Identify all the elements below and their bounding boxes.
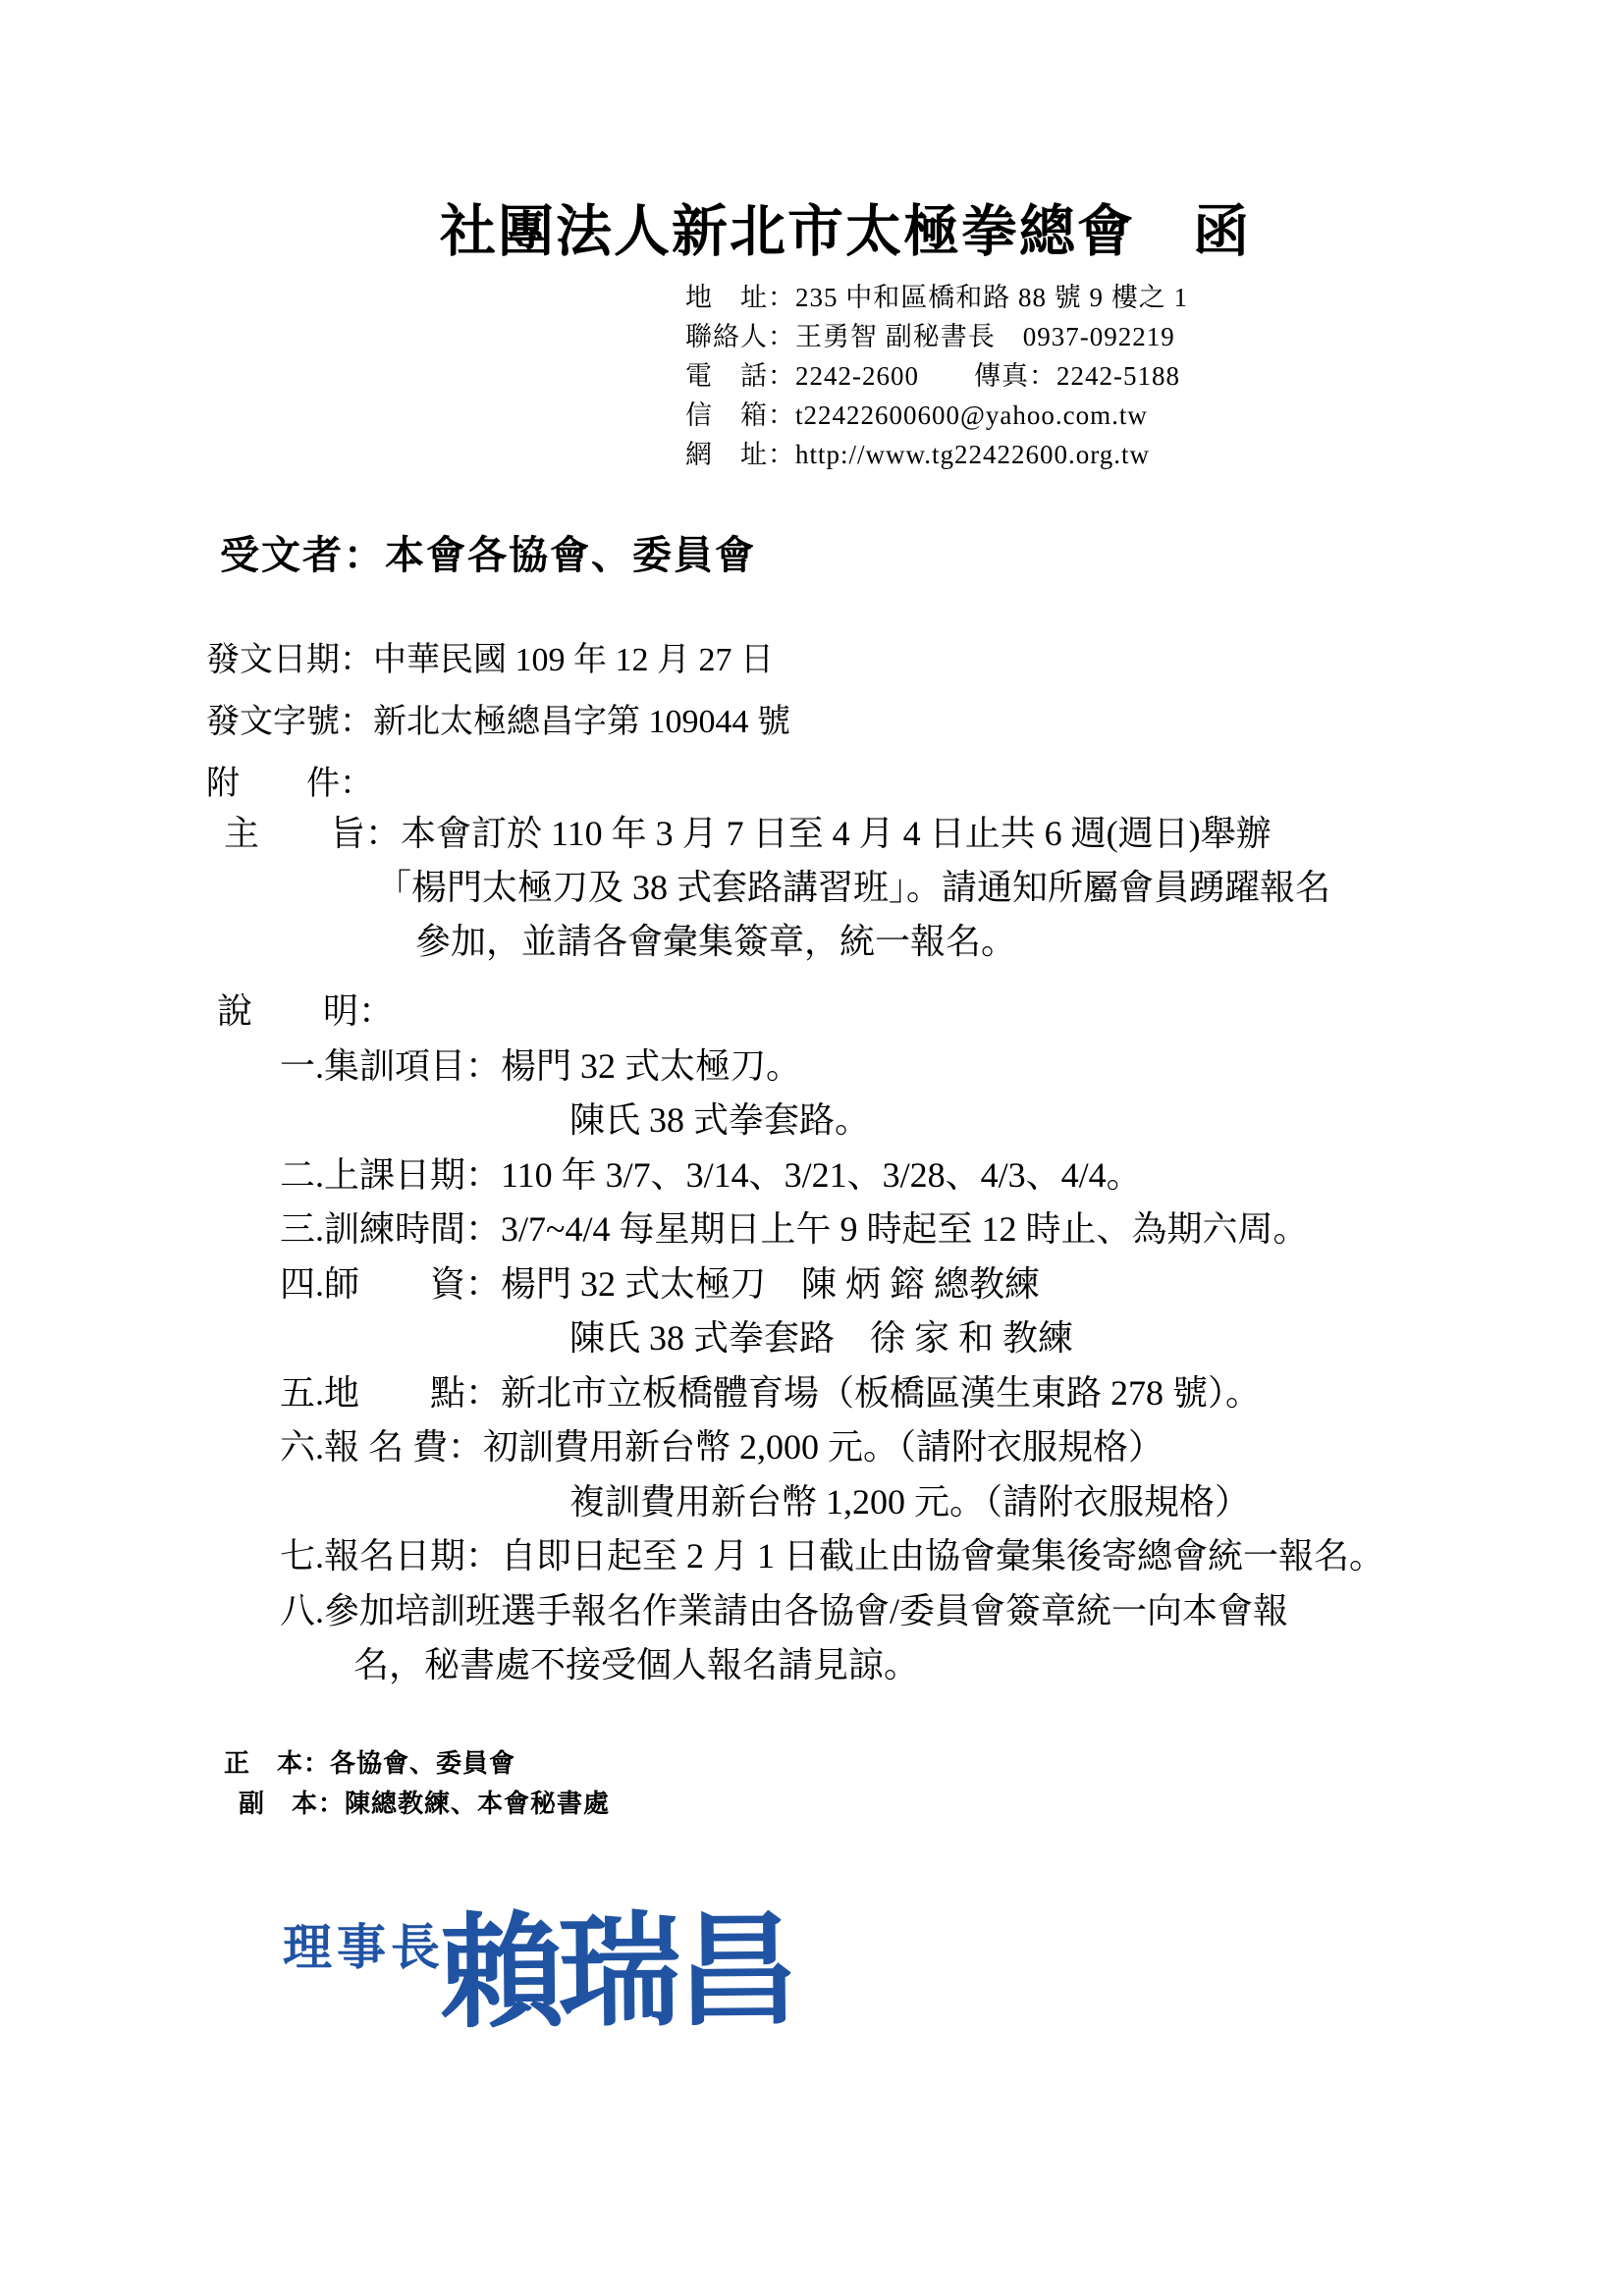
subject-line-2: 「楊門太極刀及 38 式套路講習班」。請通知所屬會員踴躍報名	[376, 861, 1330, 915]
attachment-line: 附 件：	[206, 753, 790, 815]
doc-number-line: 發文字號：新北太極總昌字第 109044 號	[206, 691, 790, 753]
explanation-item-4: 四.師 資：楊門 32 式太極刀 陳 炳 鎔 總教練	[280, 1257, 1384, 1312]
copies-block: 正 本：各協會、委員會 副 本：陳總教練、本會秘書處	[224, 1743, 610, 1824]
explanation-item-2: 二.上課日期：110 年 3/7、3/14、3/21、3/28、4/3、4/4。	[280, 1148, 1384, 1203]
copy-original-line: 正 本：各協會、委員會	[224, 1743, 610, 1784]
org-contact-person-line: 聯絡人：王勇智 副秘書長 0937-092219	[685, 317, 1188, 356]
org-phone-fax-line: 電 話：2242-2600 傳真：2242-5188	[685, 356, 1188, 396]
org-address-line: 地 址：235 中和區橋和路 88 號 9 樓之 1	[685, 278, 1188, 317]
explanation-item-3: 三.訓練時間：3/7~4/4 每星期日上午 9 時起至 12 時止、為期六周。	[280, 1202, 1384, 1257]
explanation-item-1: 一.集訓項目：楊門 32 式太極刀。	[280, 1040, 1384, 1095]
explanation-item-8-cont: 名，秘書處不接受個人報名請見諒。	[353, 1638, 1384, 1693]
org-email-line: 信 箱：t22422600600@yahoo.com.tw	[685, 396, 1188, 435]
explanation-item-7: 七.報名日期：自即日起至 2 月 1 日截止由協會彙集後寄總會統一報名。	[280, 1529, 1384, 1584]
explanation-item-6-cont: 複訓費用新台幣 1,200 元。（請附衣服規格）	[569, 1475, 1384, 1530]
explanation-item-4-cont: 陳氏 38 式拳套路 徐 家 和 教練	[569, 1311, 1384, 1366]
subject-line-3: 參加，並請各會彙集簽章，統一報名。	[415, 915, 1330, 969]
chairman-signature: 賴瑞昌	[439, 1871, 794, 2052]
recipient-line: 受文者：本會各協會、委員會	[220, 524, 756, 580]
subject-line-1: 主 旨：本會訂於 110 年 3 月 7 日至 4 月 4 日止共 6 週(週日…	[224, 807, 1330, 861]
explanation-item-8: 八.參加培訓班選手報名作業請由各協會/委員會簽章統一向本會報	[280, 1584, 1384, 1639]
copy-duplicate-line: 副 本：陳總教練、本會秘書處	[224, 1784, 610, 1824]
explanation-heading: 說 明：	[217, 985, 1384, 1040]
explanation-item-6: 六.報 名 費：初訓費用新台幣 2,000 元。（請附衣服規格）	[280, 1420, 1384, 1475]
subject-block: 主 旨：本會訂於 110 年 3 月 7 日至 4 月 4 日止共 6 週(週日…	[224, 807, 1330, 969]
document-title: 社團法人新北市太極拳總會 函	[440, 187, 1251, 267]
document-meta-block: 發文日期：中華民國 109 年 12 月 27 日 發文字號：新北太極總昌字第 …	[206, 629, 790, 815]
issue-date-line: 發文日期：中華民國 109 年 12 月 27 日	[206, 629, 790, 691]
explanation-item-1-cont: 陳氏 38 式拳套路。	[569, 1094, 1384, 1148]
explanation-item-5: 五.地 點：新北市立板橋體育場（板橋區漢生東路 278 號）。	[280, 1366, 1384, 1421]
org-contact-block: 地 址：235 中和區橋和路 88 號 9 樓之 1 聯絡人：王勇智 副秘書長 …	[685, 278, 1188, 474]
official-letter-page: 社團法人新北市太極拳總會 函 地 址：235 中和區橋和路 88 號 9 樓之 …	[0, 0, 1624, 2296]
chairman-title: 理事長	[283, 1908, 445, 1979]
explanation-block: 說 明： 一.集訓項目：楊門 32 式太極刀。 陳氏 38 式拳套路。 二.上課…	[201, 985, 1384, 1693]
org-website-line: 網 址：http://www.tg22422600.org.tw	[685, 435, 1188, 474]
